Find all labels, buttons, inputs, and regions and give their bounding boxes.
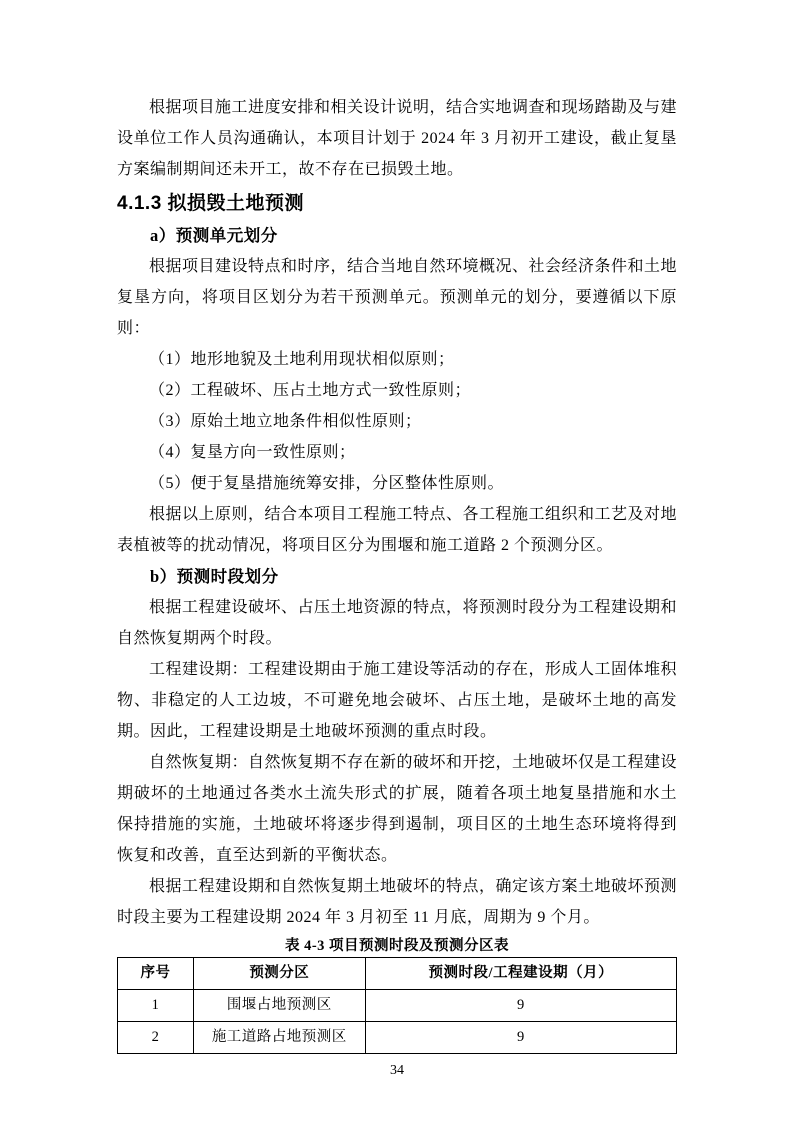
prediction-zone-table: 序号 预测分区 预测时段/工程建设期（月） 1 围堰占地预测区 9 2 施工道路…	[117, 957, 677, 1054]
cell-period: 9	[365, 990, 676, 1022]
table-header-period: 预测时段/工程建设期（月）	[365, 958, 676, 990]
principle-item-2: （2）工程破坏、压占土地方式一致性原则；	[117, 375, 677, 406]
cell-zone: 施工道路占地预测区	[194, 1022, 366, 1054]
paragraph-already-damaged-land: 根据项目施工进度安排和相关设计说明，结合实地调查和现场踏勘及与建设单位工作人员沟…	[117, 92, 677, 185]
table-row: 1 围堰占地预测区 9	[118, 990, 677, 1022]
cell-zone: 围堰占地预测区	[194, 990, 366, 1022]
page-number: 34	[117, 1061, 677, 1081]
paragraph-period-intro: 根据工程建设破坏、占压土地资源的特点，将预测时段分为工程建设期和自然恢复期两个时…	[117, 592, 677, 654]
principle-item-3: （3）原始土地立地条件相似性原则；	[117, 406, 677, 437]
section-heading-4-1-3: 4.1.3 拟损毁土地预测	[117, 187, 677, 220]
table-caption: 表 4-3 项目预测时段及预测分区表	[117, 935, 677, 957]
cell-period: 9	[365, 1022, 676, 1054]
cell-serial: 1	[118, 990, 194, 1022]
paragraph-natural-recovery-period: 自然恢复期：自然恢复期不存在新的破坏和开挖，土地破坏仅是工程建设期破坏的土地通过…	[117, 747, 677, 871]
principle-item-5: （5）便于复垦措施统筹安排，分区整体性原则。	[117, 468, 677, 499]
table-header-zone: 预测分区	[194, 958, 366, 990]
cell-serial: 2	[118, 1022, 194, 1054]
principle-item-4: （4）复垦方向一致性原则；	[117, 437, 677, 468]
paragraph-construction-period: 工程建设期：工程建设期由于施工建设等活动的存在，形成人工固体堆积物、非稳定的人工…	[117, 654, 677, 747]
page-content: 根据项目施工进度安排和相关设计说明，结合实地调查和现场踏勘及与建设单位工作人员沟…	[117, 92, 677, 1081]
subheading-prediction-unit-division: a）预测单元划分	[117, 220, 677, 251]
paragraph-prediction-unit-intro: 根据项目建设特点和时序，结合当地自然环境概况、社会经济条件和土地复垦方向，将项目…	[117, 251, 677, 344]
paragraph-zone-division: 根据以上原则，结合本项目工程施工特点、各工程施工组织和工艺及对地表植被等的扰动情…	[117, 499, 677, 561]
paragraph-prediction-timeframe: 根据工程建设期和自然恢复期土地破坏的特点，确定该方案土地破坏预测时段主要为工程建…	[117, 871, 677, 933]
table-row: 2 施工道路占地预测区 9	[118, 1022, 677, 1054]
table-header-serial: 序号	[118, 958, 194, 990]
subheading-prediction-period-division: b）预测时段划分	[117, 561, 677, 592]
document-page: 根据项目施工进度安排和相关设计说明，结合实地调查和现场踏勘及与建设单位工作人员沟…	[0, 0, 793, 1122]
principle-item-1: （1）地形地貌及土地利用现状相似原则；	[117, 344, 677, 375]
table-header-row: 序号 预测分区 预测时段/工程建设期（月）	[118, 958, 677, 990]
